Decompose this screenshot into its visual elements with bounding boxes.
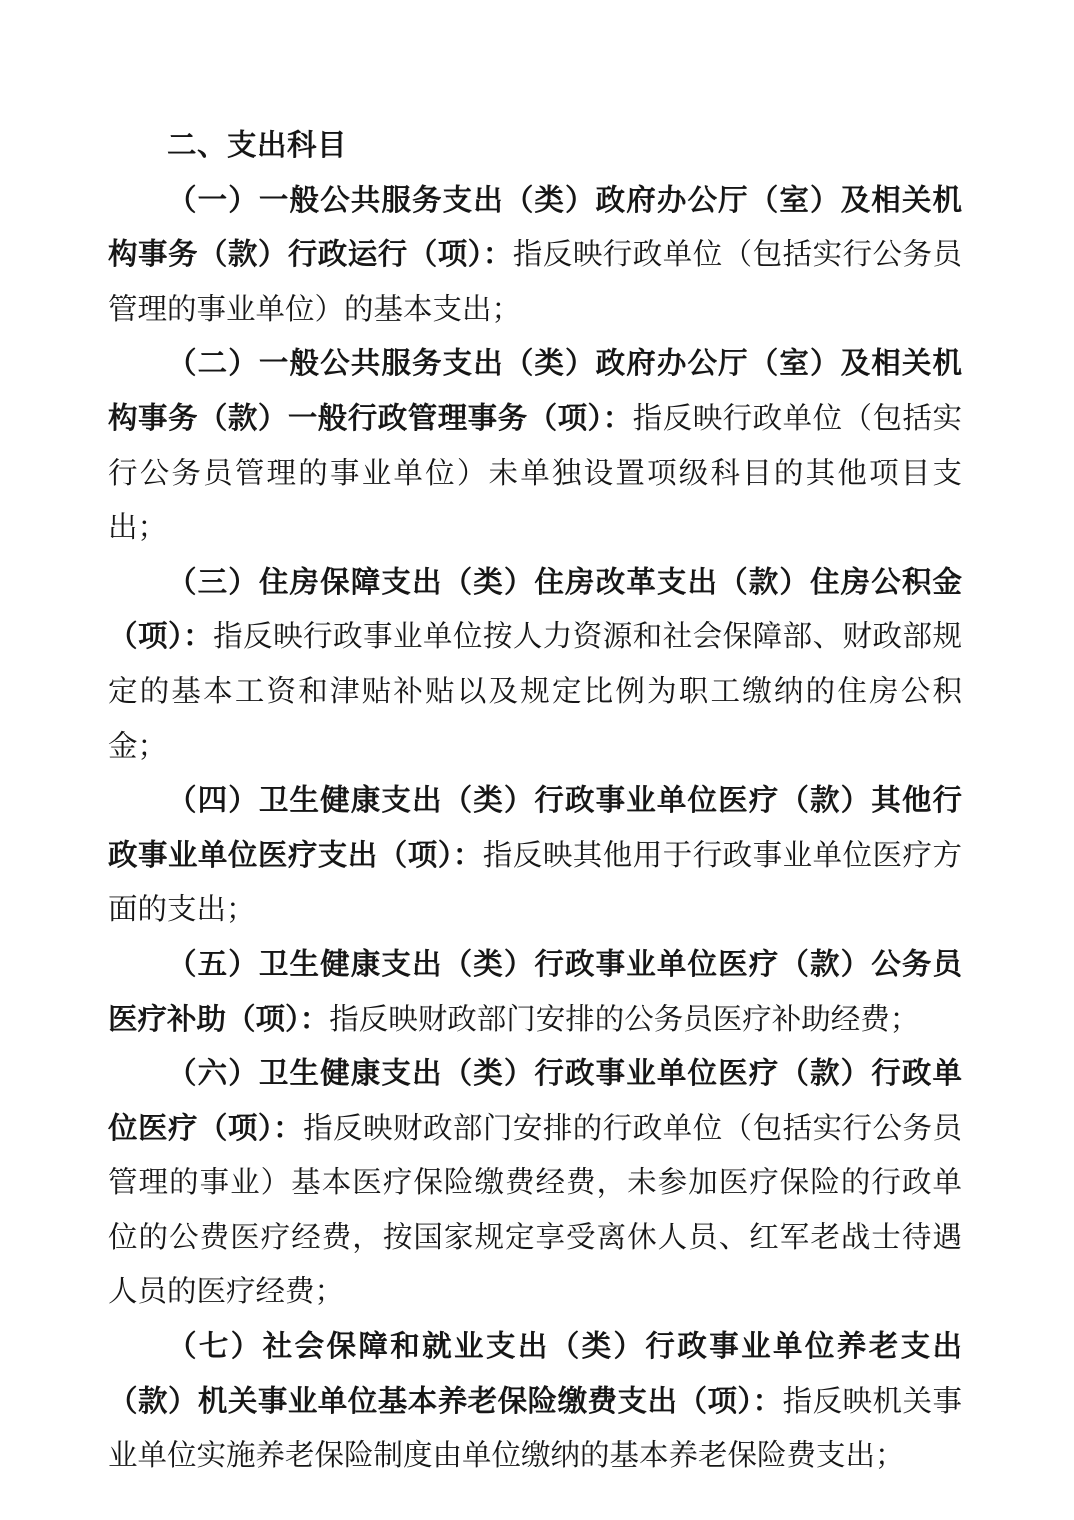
paragraph-5: （五）卫生健康支出（类）行政事业单位医疗（款）公务员医疗补助（项）：指反映财政部… [108, 938, 962, 1047]
paragraph-3-body: 指反映行政事业单位按人力资源和社会保障部、财政部规定的基本工资和津贴补贴以及规定… [108, 621, 962, 762]
paragraph-1: （一）一般公共服务支出（类）政府办公厅（室）及相关机构事务（款）行政运行（项）：… [108, 174, 962, 338]
paragraph-2: （二）一般公共服务支出（类）政府办公厅（室）及相关机构事务（款）一般行政管理事务… [108, 337, 962, 555]
paragraph-4: （四）卫生健康支出（类）行政事业单位医疗（款）其他行政事业单位医疗支出（项）：指… [108, 774, 962, 938]
paragraph-5-body: 指反映财政部门安排的公务员医疗补助经费； [329, 1004, 919, 1036]
paragraph-6: （六）卫生健康支出（类）行政事业单位医疗（款）行政单位医疗（项）：指反映财政部门… [108, 1047, 962, 1320]
paragraph-7: （七）社会保障和就业支出（类）行政事业单位养老支出（款）机关事业单位基本养老保险… [108, 1320, 962, 1484]
paragraph-3: （三）住房保障支出（类）住房改革支出（款）住房公积金（项）：指反映行政事业单位按… [108, 556, 962, 774]
document-page: 二、支出科目 （一）一般公共服务支出（类）政府办公厅（室）及相关机构事务（款）行… [0, 0, 1074, 1520]
section-heading: 二、支出科目 [108, 119, 962, 174]
